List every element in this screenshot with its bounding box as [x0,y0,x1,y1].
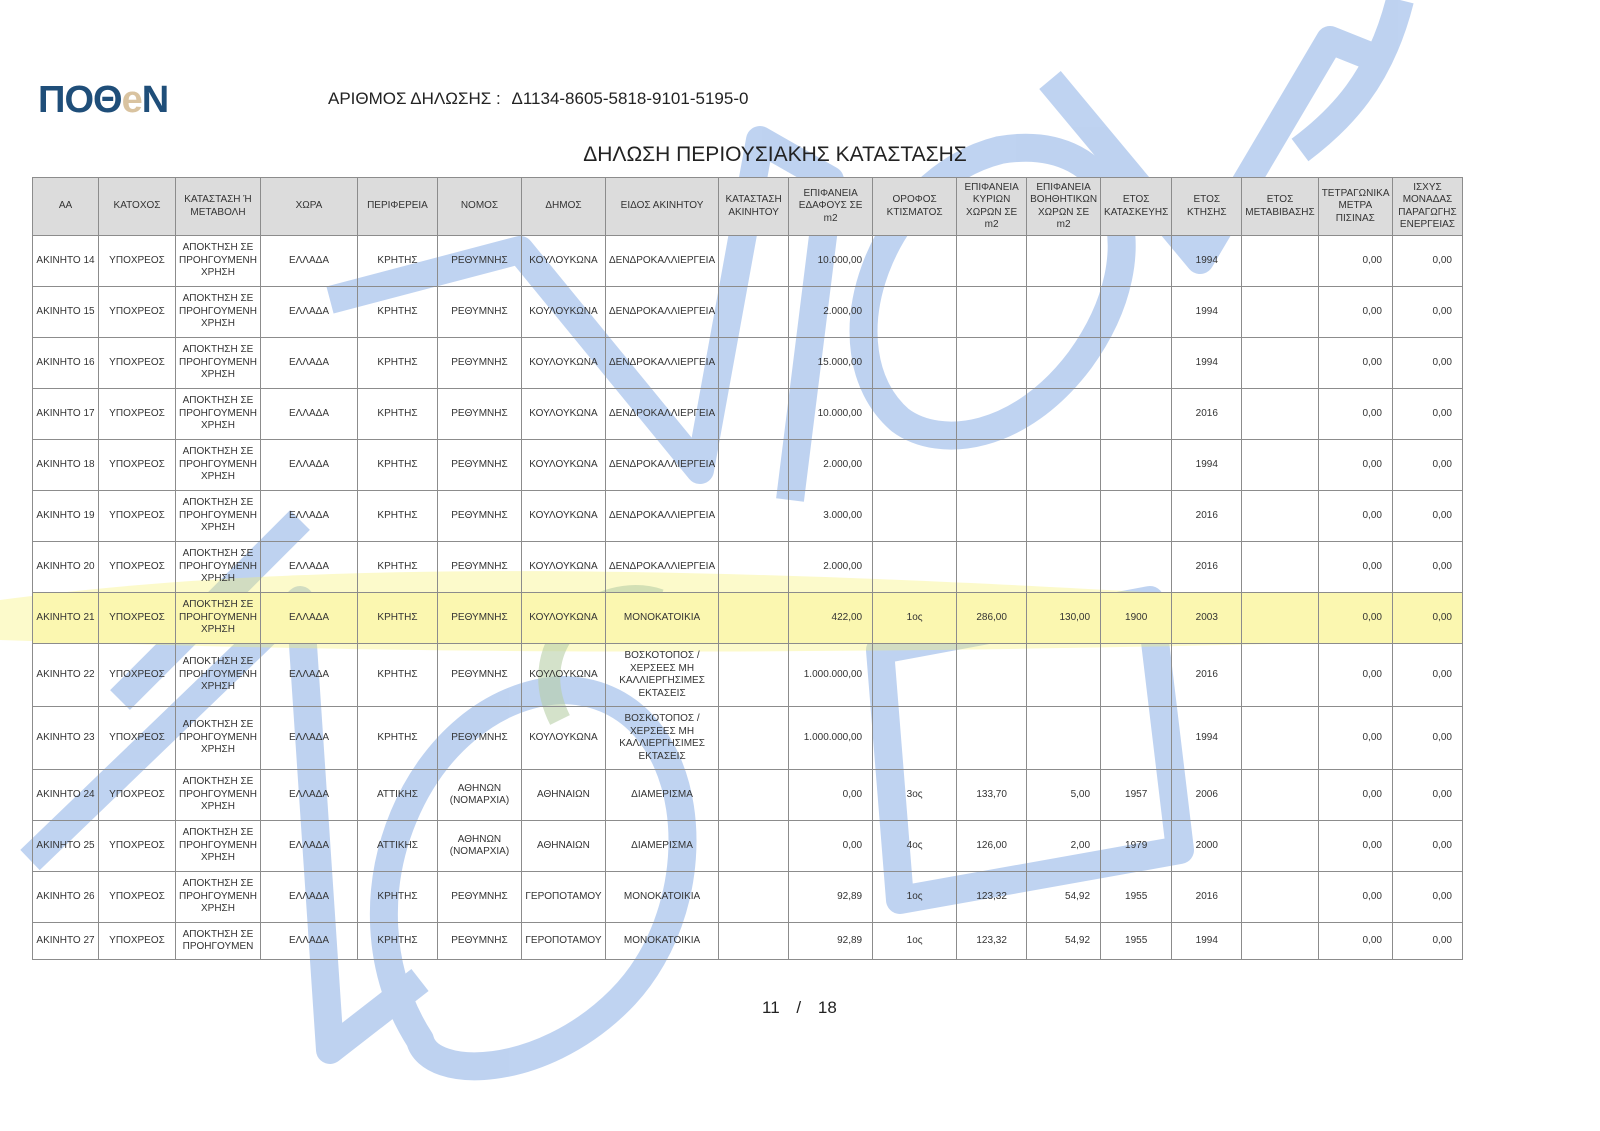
table-cell: 2016 [1172,644,1242,707]
table-cell: ΔΙΑΜΕΡΙΣΜΑ [605,770,718,821]
table-cell: 0,00 [1392,821,1462,872]
table-cell: 130,00 [1027,593,1101,644]
table-cell: ΜΟΝΟΚΑΤΟΙΚΙΑ [605,923,718,960]
table-cell: 0,00 [1392,338,1462,389]
table-cell [1027,389,1101,440]
table-cell: ΡΕΘΥΜΝΗΣ [437,707,521,770]
table-cell [1027,707,1101,770]
table-cell [957,644,1027,707]
table-cell: ΚΟΥΛΟΥΚΩΝΑ [521,287,605,338]
table-cell: ΚΟΥΛΟΥΚΩΝΑ [521,491,605,542]
table-cell: 0,00 [1318,821,1392,872]
table-cell: ΑΠΟΚΤΗΣΗ ΣΕ ΠΡΟΗΓΟΥΜΕΝΗ ΧΡΗΣΗ [176,389,261,440]
table-row: ΑΚΙΝΗΤΟ 23ΥΠΟΧΡΕΟΣΑΠΟΚΤΗΣΗ ΣΕ ΠΡΟΗΓΟΥΜΕΝ… [33,707,1463,770]
table-cell: ΕΛΛΑΔΑ [260,770,357,821]
table-cell [957,707,1027,770]
table-cell [1242,389,1318,440]
page-indicator: 11 / 18 [762,998,837,1018]
table-cell [1101,236,1172,287]
table-cell: ΑΤΤΙΚΗΣ [357,821,437,872]
table-cell: ΒΟΣΚΟΤΟΠΟΣ / ΧΕΡΣΕΕΣ ΜΗ ΚΑΛΛΙΕΡΓΗΣΙΜΕΣ Ε… [605,644,718,707]
table-cell [1027,542,1101,593]
table-cell: ΚΟΥΛΟΥΚΩΝΑ [521,644,605,707]
table-cell: 2.000,00 [789,287,873,338]
table-cell: 5,00 [1027,770,1101,821]
table-cell [873,644,957,707]
table-cell: ΜΟΝΟΚΑΤΟΙΚΙΑ [605,593,718,644]
table-cell [873,707,957,770]
table-cell: ΑΚΙΝΗΤΟ 23 [33,707,99,770]
table-cell [1242,821,1318,872]
table-cell: ΥΠΟΧΡΕΟΣ [99,338,176,389]
table-cell [1027,236,1101,287]
table-cell: ΑΠΟΚΤΗΣΗ ΣΕ ΠΡΟΗΓΟΥΜΕΝΗ ΧΡΗΣΗ [176,872,261,923]
column-header: ΕΤΟΣ ΚΑΤΑΣΚΕΥΗΣ [1101,178,1172,236]
table-cell: 10.000,00 [789,236,873,287]
table-cell: ΚΡΗΤΗΣ [357,491,437,542]
column-header: ΕΤΟΣ ΜΕΤΑΒΙΒΑΣΗΣ [1242,178,1318,236]
table-cell [1027,287,1101,338]
table-row: ΑΚΙΝΗΤΟ 21ΥΠΟΧΡΕΟΣΑΠΟΚΤΗΣΗ ΣΕ ΠΡΟΗΓΟΥΜΕΝ… [33,593,1463,644]
table-cell: ΚΡΗΤΗΣ [357,707,437,770]
column-header: ΕΠΙΦΑΝΕΙΑ ΒΟΗΘΗΤΙΚΩΝ ΧΩΡΩΝ ΣΕ m2 [1027,178,1101,236]
table-cell: ΚΡΗΤΗΣ [357,542,437,593]
table-cell: 123,32 [957,923,1027,960]
table-cell: ΕΛΛΑΔΑ [260,338,357,389]
column-header: ΕΠΙΦΑΝΕΙΑ ΚΥΡΙΩΝ ΧΩΡΩΝ ΣΕ m2 [957,178,1027,236]
table-cell [1242,287,1318,338]
table-cell [719,440,789,491]
potheN-logo: ΠΟΘeN [38,80,168,120]
table-cell: ΑΘΗΝΩΝ (ΝΟΜΑΡΧΙΑ) [437,821,521,872]
table-cell: 2016 [1172,542,1242,593]
declaration-number-line: ΑΡΙΘΜΟΣ ΔΗΛΩΣΗΣ : Δ1134-8605-5818-9101-5… [328,89,748,109]
table-cell: ΥΠΟΧΡΕΟΣ [99,287,176,338]
table-cell: 1957 [1101,770,1172,821]
table-cell: 2.000,00 [789,542,873,593]
table-cell [719,821,789,872]
table-cell [719,338,789,389]
table-cell: 54,92 [1027,923,1101,960]
table-cell: ΥΠΟΧΡΕΟΣ [99,923,176,960]
table-cell [873,491,957,542]
table-cell: ΚΡΗΤΗΣ [357,593,437,644]
table-cell [1027,338,1101,389]
table-cell: 0,00 [1318,287,1392,338]
table-cell: ΑΚΙΝΗΤΟ 14 [33,236,99,287]
table-cell: ΕΛΛΑΔΑ [260,287,357,338]
table-cell: 133,70 [957,770,1027,821]
table-cell: 0,00 [1392,389,1462,440]
logo-text-accent: e [122,79,142,121]
table-cell: ΚΡΗΤΗΣ [357,440,437,491]
table-cell: ΑΘΗΝΑΙΩΝ [521,770,605,821]
table-cell: ΡΕΘΥΜΝΗΣ [437,593,521,644]
table-cell: ΑΠΟΚΤΗΣΗ ΣΕ ΠΡΟΗΓΟΥΜΕΝΗ ΧΡΗΣΗ [176,440,261,491]
table-cell: 0,00 [1392,644,1462,707]
table-cell: 0,00 [789,770,873,821]
table-cell: ΑΚΙΝΗΤΟ 18 [33,440,99,491]
table-cell: ΚΡΗΤΗΣ [357,872,437,923]
table-cell: ΔΕΝΔΡΟΚΑΛΛΙΕΡΓΕΙΑ [605,440,718,491]
table-cell: ΑΚΙΝΗΤΟ 21 [33,593,99,644]
table-cell [1101,491,1172,542]
table-cell: ΑΠΟΚΤΗΣΗ ΣΕ ΠΡΟΗΓΟΥΜΕΝΗ ΧΡΗΣΗ [176,236,261,287]
column-header: ΚΑΤΟΧΟΣ [99,178,176,236]
table-cell: ΕΛΛΑΔΑ [260,440,357,491]
table-cell: ΑΚΙΝΗΤΟ 16 [33,338,99,389]
table-cell: 0,00 [1318,644,1392,707]
table-cell: 2003 [1172,593,1242,644]
table-cell: ΔΕΝΔΡΟΚΑΛΛΙΕΡΓΕΙΑ [605,287,718,338]
table-cell [719,923,789,960]
table-cell: ΑΤΤΙΚΗΣ [357,770,437,821]
table-cell: ΡΕΘΥΜΝΗΣ [437,644,521,707]
table-cell [719,236,789,287]
table-cell: ΔΕΝΔΡΟΚΑΛΛΙΕΡΓΕΙΑ [605,389,718,440]
table-cell [1242,491,1318,542]
table-cell: 0,00 [1318,236,1392,287]
table-cell: ΡΕΘΥΜΝΗΣ [437,491,521,542]
table-cell [957,236,1027,287]
table-cell: 286,00 [957,593,1027,644]
table-cell [957,440,1027,491]
table-cell: 1994 [1172,287,1242,338]
table-cell: 0,00 [1318,338,1392,389]
table-cell: 2,00 [1027,821,1101,872]
table-cell: ΚΡΗΤΗΣ [357,923,437,960]
table-cell: ΡΕΘΥΜΝΗΣ [437,287,521,338]
table-cell: ΕΛΛΑΔΑ [260,236,357,287]
table-row: ΑΚΙΝΗΤΟ 16ΥΠΟΧΡΕΟΣΑΠΟΚΤΗΣΗ ΣΕ ΠΡΟΗΓΟΥΜΕΝ… [33,338,1463,389]
table-cell: ΡΕΘΥΜΝΗΣ [437,542,521,593]
table-cell: ΑΠΟΚΤΗΣΗ ΣΕ ΠΡΟΗΓΟΥΜΕΝΗ ΧΡΗΣΗ [176,593,261,644]
table-cell [873,440,957,491]
table-cell [719,287,789,338]
table-cell: 1ος [873,923,957,960]
column-header: ΕΤΟΣ ΚΤΗΣΗΣ [1172,178,1242,236]
table-cell: ΑΘΗΝΑΙΩΝ [521,821,605,872]
table-cell: 2.000,00 [789,440,873,491]
table-row: ΑΚΙΝΗΤΟ 27ΥΠΟΧΡΕΟΣΑΠΟΚΤΗΣΗ ΣΕ ΠΡΟΗΓΟΥΜΕΝ… [33,923,1463,960]
column-header: ΚΑΤΑΣΤΑΣΗ ΑΚΙΝΗΤΟΥ [719,178,789,236]
table-cell: ΡΕΘΥΜΝΗΣ [437,923,521,960]
table-row: ΑΚΙΝΗΤΟ 24ΥΠΟΧΡΕΟΣΑΠΟΚΤΗΣΗ ΣΕ ΠΡΟΗΓΟΥΜΕΝ… [33,770,1463,821]
table-cell: ΕΛΛΑΔΑ [260,923,357,960]
table-cell: 126,00 [957,821,1027,872]
table-cell: ΥΠΟΧΡΕΟΣ [99,770,176,821]
column-header: ΚΑΤΑΣΤΑΣΗ Ή ΜΕΤΑΒΟΛΗ [176,178,261,236]
column-header: ΔΗΜΟΣ [521,178,605,236]
table-cell: ΑΘΗΝΩΝ (ΝΟΜΑΡΧΙΑ) [437,770,521,821]
table-cell: 0,00 [1318,440,1392,491]
table-cell: 0,00 [1392,593,1462,644]
table-cell: ΑΠΟΚΤΗΣΗ ΣΕ ΠΡΟΗΓΟΥΜΕΝΗ ΧΡΗΣΗ [176,338,261,389]
table-cell: ΚΡΗΤΗΣ [357,287,437,338]
table-cell: ΚΟΥΛΟΥΚΩΝΑ [521,542,605,593]
table-row: ΑΚΙΝΗΤΟ 14ΥΠΟΧΡΕΟΣΑΠΟΚΤΗΣΗ ΣΕ ΠΡΟΗΓΟΥΜΕΝ… [33,236,1463,287]
table-row: ΑΚΙΝΗΤΟ 25ΥΠΟΧΡΕΟΣΑΠΟΚΤΗΣΗ ΣΕ ΠΡΟΗΓΟΥΜΕΝ… [33,821,1463,872]
table-cell: 54,92 [1027,872,1101,923]
column-header: ΕΙΔΟΣ ΑΚΙΝΗΤΟΥ [605,178,718,236]
table-cell: ΕΛΛΑΔΑ [260,821,357,872]
table-cell: ΚΟΥΛΟΥΚΩΝΑ [521,593,605,644]
table-cell: ΚΡΗΤΗΣ [357,389,437,440]
table-cell: 3ος [873,770,957,821]
table-cell [1027,644,1101,707]
table-cell: ΚΟΥΛΟΥΚΩΝΑ [521,236,605,287]
table-cell: 0,00 [1318,872,1392,923]
table-cell [957,491,1027,542]
table-cell: 4ος [873,821,957,872]
table-cell: ΥΠΟΧΡΕΟΣ [99,389,176,440]
table-cell: ΕΛΛΑΔΑ [260,389,357,440]
table-cell: 0,00 [1318,593,1392,644]
table-cell [873,542,957,593]
table-cell: ΥΠΟΧΡΕΟΣ [99,236,176,287]
table-cell [1242,644,1318,707]
table-cell [1242,770,1318,821]
table-cell [719,707,789,770]
table-cell [1242,542,1318,593]
table-cell: ΑΚΙΝΗΤΟ 20 [33,542,99,593]
table-cell: ΔΕΝΔΡΟΚΑΛΛΙΕΡΓΕΙΑ [605,542,718,593]
table-cell: ΚΟΥΛΟΥΚΩΝΑ [521,440,605,491]
table-cell: 0,00 [1318,707,1392,770]
page-title: ΔΗΛΩΣΗ ΠΕΡΙΟΥΣΙΑΚΗΣ ΚΑΤΑΣΤΑΣΗΣ [0,143,1550,167]
table-cell: ΔΕΝΔΡΟΚΑΛΛΙΕΡΓΕΙΑ [605,491,718,542]
table-cell: ΔΕΝΔΡΟΚΑΛΛΙΕΡΓΕΙΑ [605,236,718,287]
table-cell [1101,287,1172,338]
table-cell [719,593,789,644]
assets-table: ΑΑΚΑΤΟΧΟΣΚΑΤΑΣΤΑΣΗ Ή ΜΕΤΑΒΟΛΗΧΩΡΑΠΕΡΙΦΕΡ… [32,177,1463,960]
table-cell: ΑΠΟΚΤΗΣΗ ΣΕ ΠΡΟΗΓΟΥΜΕΝΗ ΧΡΗΣΗ [176,707,261,770]
table-cell [1101,707,1172,770]
table-row: ΑΚΙΝΗΤΟ 15ΥΠΟΧΡΕΟΣΑΠΟΚΤΗΣΗ ΣΕ ΠΡΟΗΓΟΥΜΕΝ… [33,287,1463,338]
table-cell: ΑΚΙΝΗΤΟ 26 [33,872,99,923]
table-cell [873,338,957,389]
table-cell: ΑΚΙΝΗΤΟ 17 [33,389,99,440]
table-cell: ΥΠΟΧΡΕΟΣ [99,542,176,593]
table-cell: 0,00 [789,821,873,872]
table-cell: ΑΚΙΝΗΤΟ 24 [33,770,99,821]
table-cell: 1994 [1172,707,1242,770]
table-cell: 1955 [1101,872,1172,923]
table-cell: 422,00 [789,593,873,644]
table-cell [873,236,957,287]
table-cell: ΚΟΥΛΟΥΚΩΝΑ [521,338,605,389]
table-cell: 2016 [1172,491,1242,542]
page-total: 18 [818,998,837,1017]
table-cell: 15.000,00 [789,338,873,389]
table-cell [1101,542,1172,593]
table-cell [1242,593,1318,644]
table-cell: ΔΕΝΔΡΟΚΑΛΛΙΕΡΓΕΙΑ [605,338,718,389]
column-header: ΑΑ [33,178,99,236]
table-cell: ΡΕΘΥΜΝΗΣ [437,440,521,491]
table-cell: 1955 [1101,923,1172,960]
table-cell [719,542,789,593]
table-cell [1242,338,1318,389]
table-cell: ΡΕΘΥΜΝΗΣ [437,338,521,389]
table-row: ΑΚΙΝΗΤΟ 22ΥΠΟΧΡΕΟΣΑΠΟΚΤΗΣΗ ΣΕ ΠΡΟΗΓΟΥΜΕΝ… [33,644,1463,707]
table-cell: 0,00 [1392,770,1462,821]
table-cell: ΕΛΛΑΔΑ [260,707,357,770]
table-cell [1027,440,1101,491]
table-cell [719,491,789,542]
declaration-number: Δ1134-8605-5818-9101-5195-0 [511,89,748,108]
table-cell: 0,00 [1318,770,1392,821]
table-cell: ΡΕΘΥΜΝΗΣ [437,872,521,923]
table-cell: 0,00 [1392,707,1462,770]
table-cell: ΥΠΟΧΡΕΟΣ [99,593,176,644]
table-cell: 1.000.000,00 [789,707,873,770]
table-cell: 0,00 [1392,491,1462,542]
table-cell [1242,236,1318,287]
table-cell: 1994 [1172,236,1242,287]
table-cell: 1994 [1172,440,1242,491]
table-cell: ΚΡΗΤΗΣ [357,236,437,287]
table-cell: 2016 [1172,389,1242,440]
table-cell [1101,338,1172,389]
table-cell: 2000 [1172,821,1242,872]
table-cell: 0,00 [1318,389,1392,440]
table-cell: ΑΠΟΚΤΗΣΗ ΣΕ ΠΡΟΗΓΟΥΜΕΝΗ ΧΡΗΣΗ [176,287,261,338]
table-cell [1101,389,1172,440]
table-cell: 0,00 [1392,440,1462,491]
table-cell: 0,00 [1392,287,1462,338]
table-cell: ΑΠΟΚΤΗΣΗ ΣΕ ΠΡΟΗΓΟΥΜΕΝΗ ΧΡΗΣΗ [176,770,261,821]
table-cell [957,389,1027,440]
table-cell: ΑΠΟΚΤΗΣΗ ΣΕ ΠΡΟΗΓΟΥΜΕΝ [176,923,261,960]
table-row: ΑΚΙΝΗΤΟ 26ΥΠΟΧΡΕΟΣΑΠΟΚΤΗΣΗ ΣΕ ΠΡΟΗΓΟΥΜΕΝ… [33,872,1463,923]
table-cell: 3.000,00 [789,491,873,542]
table-cell: ΡΕΘΥΜΝΗΣ [437,389,521,440]
table-cell [719,389,789,440]
table-cell [719,872,789,923]
table-cell: ΚΡΗΤΗΣ [357,644,437,707]
table-cell: ΜΟΝΟΚΑΤΟΙΚΙΑ [605,872,718,923]
table-cell: ΚΟΥΛΟΥΚΩΝΑ [521,389,605,440]
table-cell: ΑΠΟΚΤΗΣΗ ΣΕ ΠΡΟΗΓΟΥΜΕΝΗ ΧΡΗΣΗ [176,542,261,593]
table-cell: ΑΠΟΚΤΗΣΗ ΣΕ ΠΡΟΗΓΟΥΜΕΝΗ ΧΡΗΣΗ [176,821,261,872]
table-cell [1242,440,1318,491]
table-cell: 1979 [1101,821,1172,872]
column-header: ΙΣΧΥΣ ΜΟΝΑΔΑΣ ΠΑΡΑΓΩΓΗΣ ΕΝΕΡΓΕΙΑΣ [1392,178,1462,236]
table-cell [957,287,1027,338]
table-cell: 0,00 [1392,923,1462,960]
table-cell [873,287,957,338]
table-cell: ΑΠΟΚΤΗΣΗ ΣΕ ΠΡΟΗΓΟΥΜΕΝΗ ΧΡΗΣΗ [176,491,261,542]
logo-text-main: ΠΟΘ [38,79,122,121]
column-header: ΠΕΡΙΦΕΡΕΙΑ [357,178,437,236]
table-cell: ΔΙΑΜΕΡΙΣΜΑ [605,821,718,872]
table-cell: ΥΠΟΧΡΕΟΣ [99,491,176,542]
table-cell: ΕΛΛΑΔΑ [260,872,357,923]
table-cell: ΕΛΛΑΔΑ [260,542,357,593]
table-cell: 1994 [1172,923,1242,960]
table-cell [873,389,957,440]
table-cell: ΑΚΙΝΗΤΟ 25 [33,821,99,872]
table-cell: ΥΠΟΧΡΕΟΣ [99,644,176,707]
table-cell [1027,491,1101,542]
table-cell: 1.000.000,00 [789,644,873,707]
table-cell: 0,00 [1318,923,1392,960]
table-cell: 123,32 [957,872,1027,923]
table-cell: 1ος [873,872,957,923]
column-header: ΤΕΤΡΑΓΩΝΙΚΑ ΜΕΤΡΑ ΠΙΣΙΝΑΣ [1318,178,1392,236]
page-separator: / [796,998,801,1017]
table-cell: ΕΛΛΑΔΑ [260,593,357,644]
table-cell: ΥΠΟΧΡΕΟΣ [99,440,176,491]
page-current: 11 [762,998,780,1017]
table-cell [957,338,1027,389]
declaration-label: ΑΡΙΘΜΟΣ ΔΗΛΩΣΗΣ : [328,89,501,108]
table-row: ΑΚΙΝΗΤΟ 20ΥΠΟΧΡΕΟΣΑΠΟΚΤΗΣΗ ΣΕ ΠΡΟΗΓΟΥΜΕΝ… [33,542,1463,593]
column-header: ΝΟΜΟΣ [437,178,521,236]
table-header-row: ΑΑΚΑΤΟΧΟΣΚΑΤΑΣΤΑΣΗ Ή ΜΕΤΑΒΟΛΗΧΩΡΑΠΕΡΙΦΕΡ… [33,178,1463,236]
table-cell: 0,00 [1392,542,1462,593]
table-row: ΑΚΙΝΗΤΟ 17ΥΠΟΧΡΕΟΣΑΠΟΚΤΗΣΗ ΣΕ ΠΡΟΗΓΟΥΜΕΝ… [33,389,1463,440]
table-cell: 10.000,00 [789,389,873,440]
table-cell [1242,707,1318,770]
table-cell: 0,00 [1318,491,1392,542]
table-cell: ΑΚΙΝΗΤΟ 27 [33,923,99,960]
table-cell: ΚΟΥΛΟΥΚΩΝΑ [521,707,605,770]
table-cell: 92,89 [789,923,873,960]
table-cell: ΥΠΟΧΡΕΟΣ [99,707,176,770]
table-cell [719,770,789,821]
table-cell [1101,440,1172,491]
table-cell [1242,923,1318,960]
table-cell: ΑΚΙΝΗΤΟ 15 [33,287,99,338]
table-cell: 2016 [1172,872,1242,923]
table-cell: 1ος [873,593,957,644]
table-cell: ΕΛΛΑΔΑ [260,644,357,707]
table-cell: ΑΚΙΝΗΤΟ 22 [33,644,99,707]
table-row: ΑΚΙΝΗΤΟ 18ΥΠΟΧΡΕΟΣΑΠΟΚΤΗΣΗ ΣΕ ΠΡΟΗΓΟΥΜΕΝ… [33,440,1463,491]
table-cell: ΒΟΣΚΟΤΟΠΟΣ / ΧΕΡΣΕΕΣ ΜΗ ΚΑΛΛΙΕΡΓΗΣΙΜΕΣ Ε… [605,707,718,770]
column-header: ΕΠΙΦΑΝΕΙΑ ΕΔΑΦΟΥΣ ΣΕ m2 [789,178,873,236]
table-cell [1101,644,1172,707]
column-header: ΟΡΟΦΟΣ ΚΤΙΣΜΑΤΟΣ [873,178,957,236]
table-cell: 0,00 [1392,236,1462,287]
table-cell: ΚΡΗΤΗΣ [357,338,437,389]
table-row: ΑΚΙΝΗΤΟ 19ΥΠΟΧΡΕΟΣΑΠΟΚΤΗΣΗ ΣΕ ΠΡΟΗΓΟΥΜΕΝ… [33,491,1463,542]
table-cell: 2006 [1172,770,1242,821]
table-cell: 92,89 [789,872,873,923]
table-cell: ΓΕΡΟΠΟΤΑΜΟΥ [521,923,605,960]
table-cell: ΕΛΛΑΔΑ [260,491,357,542]
table-cell: ΡΕΘΥΜΝΗΣ [437,236,521,287]
table-cell: 1994 [1172,338,1242,389]
table-cell [719,644,789,707]
table-cell [957,542,1027,593]
table-cell: 0,00 [1318,542,1392,593]
table-cell: 1900 [1101,593,1172,644]
logo-text-end: N [142,79,168,121]
table-cell: ΑΠΟΚΤΗΣΗ ΣΕ ΠΡΟΗΓΟΥΜΕΝΗ ΧΡΗΣΗ [176,644,261,707]
table-cell: ΥΠΟΧΡΕΟΣ [99,872,176,923]
column-header: ΧΩΡΑ [260,178,357,236]
table-cell: 0,00 [1392,872,1462,923]
table-cell [1242,872,1318,923]
table-cell: ΥΠΟΧΡΕΟΣ [99,821,176,872]
table-cell: ΓΕΡΟΠΟΤΑΜΟΥ [521,872,605,923]
table-cell: ΑΚΙΝΗΤΟ 19 [33,491,99,542]
